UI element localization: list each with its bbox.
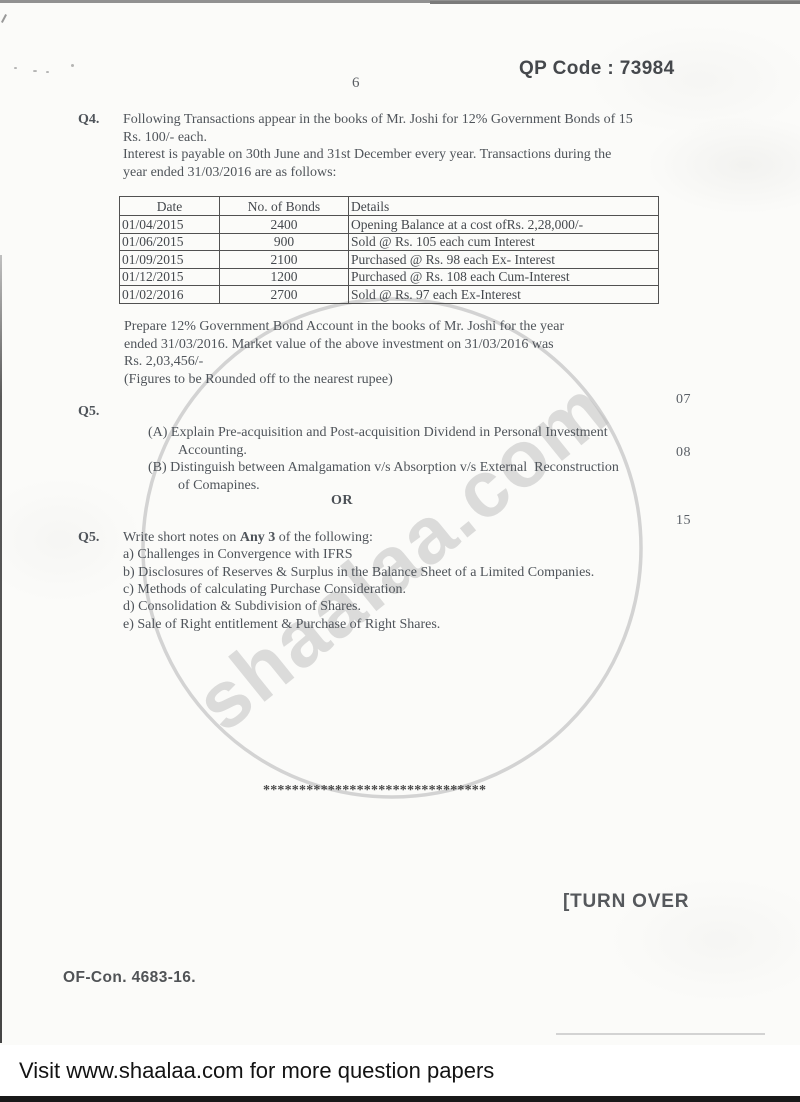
- cell-bonds: 900: [220, 233, 349, 251]
- q4-intro-line-4: year ended 31/03/2016 are as follows:: [123, 164, 336, 181]
- q5b-intro-prefix: Write short notes on: [123, 530, 240, 545]
- page-content: QP Code : 73984 6 Q4. Following Transact…: [0, 0, 800, 1045]
- q5b-item-a: a) Challenges in Convergence with IFRS: [123, 546, 353, 563]
- site-footer-text: Visit www.shaalaa.com for more question …: [19, 1058, 494, 1084]
- cell-date: 01/02/2016: [120, 286, 220, 304]
- q5a-part-a-line-1: (A) Explain Pre-acquisition and Post-acq…: [148, 424, 608, 441]
- q4-intro-line-1: Following Transactions appear in the boo…: [123, 111, 633, 128]
- q4-intro-line-2: Rs. 100/- each.: [123, 129, 207, 146]
- scan-edge-top-dark: [430, 1, 800, 4]
- q5b-intro-suffix: of the following:: [275, 530, 373, 545]
- question-paper-page: shaalaa.com QP Code : 73984 6 Q4. Follow…: [0, 0, 800, 1102]
- cell-date: 01/06/2015: [120, 233, 220, 251]
- cell-details: Sold @ Rs. 97 each Ex-Interest: [349, 286, 659, 304]
- site-footer: Visit www.shaalaa.com for more question …: [0, 1045, 800, 1096]
- scan-speck: [33, 70, 37, 72]
- cell-details: Opening Balance at a cost ofRs. 2,28,000…: [349, 216, 659, 234]
- bottom-border: [0, 1096, 800, 1102]
- q4-outro-line-4: (Figures to be Rounded off to the neares…: [124, 371, 393, 388]
- q4-label: Q4.: [78, 111, 99, 128]
- cell-bonds: 2700: [220, 286, 349, 304]
- q5b-item-e: e) Sale of Right entitlement & Purchase …: [123, 616, 440, 633]
- transactions-table: Date No. of Bonds Details 01/04/2015 240…: [119, 196, 659, 304]
- or-separator: OR: [331, 492, 353, 509]
- scan-speck: [14, 67, 17, 69]
- q5b-label: Q5.: [78, 529, 99, 546]
- q5a-label: Q5.: [78, 403, 99, 420]
- cell-bonds: 1200: [220, 268, 349, 286]
- table-row: 01/04/2015 2400 Opening Balance at a cos…: [120, 216, 659, 234]
- q4-outro-line-2: ended 31/03/2016. Market value of the ab…: [124, 336, 554, 353]
- page-number: 6: [352, 74, 360, 92]
- col-header-date: Date: [120, 197, 220, 216]
- table-row: 01/12/2015 1200 Purchased @ Rs. 108 each…: [120, 268, 659, 286]
- table-row: 01/06/2015 900 Sold @ Rs. 105 each cum I…: [120, 233, 659, 251]
- q5b-item-c: c) Methods of calculating Purchase Consi…: [123, 581, 406, 598]
- cell-details: Purchased @ Rs. 108 each Cum-Interest: [349, 268, 659, 286]
- cell-date: 01/04/2015: [120, 216, 220, 234]
- scan-speck: [71, 64, 74, 67]
- marks-value: 15: [676, 512, 691, 529]
- q4-outro-line-1: Prepare 12% Government Bond Account in t…: [124, 318, 564, 335]
- q5b-intro: Write short notes on Any 3 of the follow…: [123, 529, 373, 546]
- q4-outro-line-3: Rs. 2,03,456/-: [124, 353, 203, 370]
- scan-faint-line: [556, 1033, 765, 1035]
- paper-code: OF-Con. 4683-16.: [63, 968, 196, 987]
- q4-intro-line-3: Interest is payable on 30th June and 31s…: [123, 146, 611, 163]
- marks-value: 07: [676, 391, 691, 408]
- q5b-intro-bold: Any 3: [240, 530, 275, 545]
- q5a-part-a-line-2: Accounting.: [178, 442, 247, 459]
- q5a-part-b-line-2: of Comapines.: [178, 477, 260, 494]
- cell-details: Purchased @ Rs. 98 each Ex- Interest: [349, 251, 659, 269]
- cell-date: 01/12/2015: [120, 268, 220, 286]
- turn-over-label: [TURN OVER: [563, 891, 689, 913]
- scan-speck: [46, 71, 49, 73]
- table-row: 01/09/2015 2100 Purchased @ Rs. 98 each …: [120, 251, 659, 269]
- cell-bonds: 2400: [220, 216, 349, 234]
- cell-date: 01/09/2015: [120, 251, 220, 269]
- cell-details: Sold @ Rs. 105 each cum Interest: [349, 233, 659, 251]
- asterisk-separator: *******************************: [263, 783, 486, 799]
- q5b-item-b: b) Disclosures of Reserves & Surplus in …: [123, 564, 594, 581]
- cell-bonds: 2100: [220, 251, 349, 269]
- qp-code: QP Code : 73984: [519, 58, 675, 80]
- table-header-row: Date No. of Bonds Details: [120, 197, 659, 216]
- col-header-details: Details: [349, 197, 659, 216]
- q5b-item-d: d) Consolidation & Subdivision of Shares…: [123, 598, 361, 615]
- marks-value: 08: [676, 444, 691, 461]
- col-header-bonds: No. of Bonds: [220, 197, 349, 216]
- scan-edge-left: [0, 255, 2, 1043]
- q5a-part-b-line-1: (B) Distinguish between Amalgamation v/s…: [148, 459, 619, 476]
- table-row: 01/02/2016 2700 Sold @ Rs. 97 each Ex-In…: [120, 286, 659, 304]
- scanned-paper: shaalaa.com QP Code : 73984 6 Q4. Follow…: [0, 0, 800, 1045]
